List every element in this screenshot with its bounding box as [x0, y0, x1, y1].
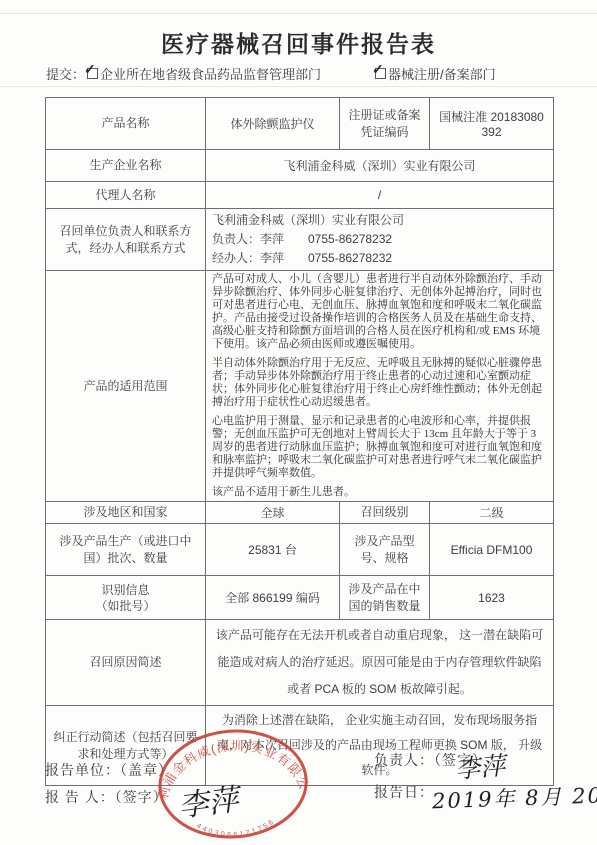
row-id-sales: 识别信息 （如批号） 全部 866199 编码 涉及产品在中国的销售数量 162… [46, 576, 554, 620]
reason-label: 召回原因简述 [46, 620, 206, 706]
reporter-signature: 李萍 [176, 775, 241, 826]
id-label-line2: （如批号） [52, 598, 199, 614]
report-date-handwritten: 2019年 8月 20日 [432, 779, 597, 816]
china-sales-label: 涉及产品在中国的销售数量 [340, 576, 430, 620]
row-contact: 召回单位负责人和联系方式，经办人和联系方式 飞利浦金科威（深圳）实业有限公司 负… [46, 209, 554, 271]
id-label-line1: 识别信息 [52, 582, 199, 598]
row-batch-model: 涉及产品生产（或进口中国）批次、数量 25831 台 涉及产品型号、规格 Eff… [46, 524, 554, 576]
id-label: 识别信息 （如批号） [46, 576, 206, 620]
scope-paragraph: 该产品不适用于新生儿患者。 [212, 486, 547, 499]
scanned-recall-report-page: 医疗器械召回事件报告表 提交： ✓ 企业所在地省级食品药品监督管理部门 ✓ 器械… [0, 0, 597, 845]
row-reason: 召回原因简述 该产品可能存在无法开机或者自动重启现象， 这一潜在缺陷可能造成对病… [46, 620, 554, 706]
row-region-level: 涉及地区和国家 全球 召回级别 二级 [46, 502, 554, 524]
manufacturer-label: 生产企业名称 [46, 150, 206, 182]
id-value: 全部 866199 编码 [206, 576, 340, 620]
responsible-signature: 李萍 [454, 746, 507, 786]
recall-level-label: 召回级别 [340, 502, 430, 524]
product-name-label: 产品名称 [46, 98, 206, 150]
registration-label: 注册证或备案凭证编码 [340, 98, 430, 150]
contact-company: 飞利浦金科威（深圳）实业有限公司 [212, 211, 547, 230]
submit-option-label: 器械注册/备案部门 [388, 64, 496, 83]
scan-artifact-line [0, 13, 597, 14]
region-label: 涉及地区和国家 [46, 502, 206, 524]
batch-label: 涉及产品生产（或进口中国）批次、数量 [46, 524, 206, 576]
contact-handler: 经办人：李萍 0755-86278232 [212, 249, 547, 268]
agent-value: / [206, 182, 554, 209]
submit-option-label: 企业所在地省级食品药品监督管理部门 [100, 64, 321, 83]
model-value: Efficia DFM100 [430, 524, 554, 576]
region-value: 全球 [206, 502, 340, 524]
row-manufacturer: 生产企业名称 飞利浦金科威（深圳）实业有限公司 [46, 150, 554, 182]
row-product-name: 产品名称 体外除颤监护仪 注册证或备案凭证编码 国械注准 20183080392 [46, 98, 554, 150]
product-name-value: 体外除颤监护仪 [206, 98, 340, 150]
scan-artifact-line [0, 86, 597, 87]
contact-label: 召回单位负责人和联系方式，经办人和联系方式 [46, 209, 206, 271]
scope-paragraph: 半自动体外除颤治疗用于无反应、无呼吸且无脉搏的疑似心脏骤停患者；手动异步体外除颤… [212, 357, 547, 409]
recall-level-value: 二级 [430, 502, 554, 524]
contact-responsible: 负责人：李萍 0755-86278232 [212, 230, 547, 249]
report-date-label: 报告日： [374, 782, 434, 802]
reason-value: 该产品可能存在无法开机或者自动重启现象， 这一潜在缺陷可能造成对病人的治疗延迟。… [206, 620, 554, 706]
recall-report-table: 产品名称 体外除颤监护仪 注册证或备案凭证编码 国械注准 20183080392… [45, 97, 554, 786]
scope-value: 产品可对成人、小儿（含婴儿）患者进行半自动体外除颤治疗、手动异步除颤治疗、体外同… [206, 271, 554, 502]
checkbox-checked-icon: ✓ [375, 68, 386, 79]
manufacturer-value: 飞利浦金科威（深圳）实业有限公司 [206, 150, 554, 182]
row-scope: 产品的适用范围 产品可对成人、小儿（含婴儿）患者进行半自动体外除颤治疗、手动异步… [46, 271, 554, 502]
scope-paragraph: 产品可对成人、小儿（含婴儿）患者进行半自动体外除颤治疗、手动异步除颤治疗、体外同… [212, 273, 547, 351]
china-sales-value: 1623 [430, 576, 554, 620]
batch-value: 25831 台 [206, 524, 340, 576]
scope-label: 产品的适用范围 [46, 271, 206, 502]
agent-label: 代理人名称 [46, 182, 206, 209]
submit-option-provincial: ✓ 企业所在地省级食品药品监督管理部门 [87, 64, 321, 83]
checkbox-checked-icon: ✓ [87, 68, 98, 79]
model-label: 涉及产品型号、规格 [340, 524, 430, 576]
scope-paragraph: 心电监护用于测量、显示和记录患者的心电波形和心率，并提供报警；无创血压监护可无创… [212, 415, 547, 480]
submit-to-row: 提交： ✓ 企业所在地省级食品药品监督管理部门 ✓ 器械注册/备案部门 [46, 64, 577, 83]
contact-value: 飞利浦金科威（深圳）实业有限公司 负责人：李萍 0755-86278232 经办… [206, 209, 554, 271]
registration-number-value: 国械注准 20183080392 [430, 98, 554, 150]
row-agent: 代理人名称 / [46, 182, 554, 209]
submit-option-registration: ✓ 器械注册/备案部门 [375, 64, 496, 83]
page-title: 医疗器械召回事件报告表 [0, 26, 597, 59]
submit-label: 提交： [46, 64, 85, 83]
